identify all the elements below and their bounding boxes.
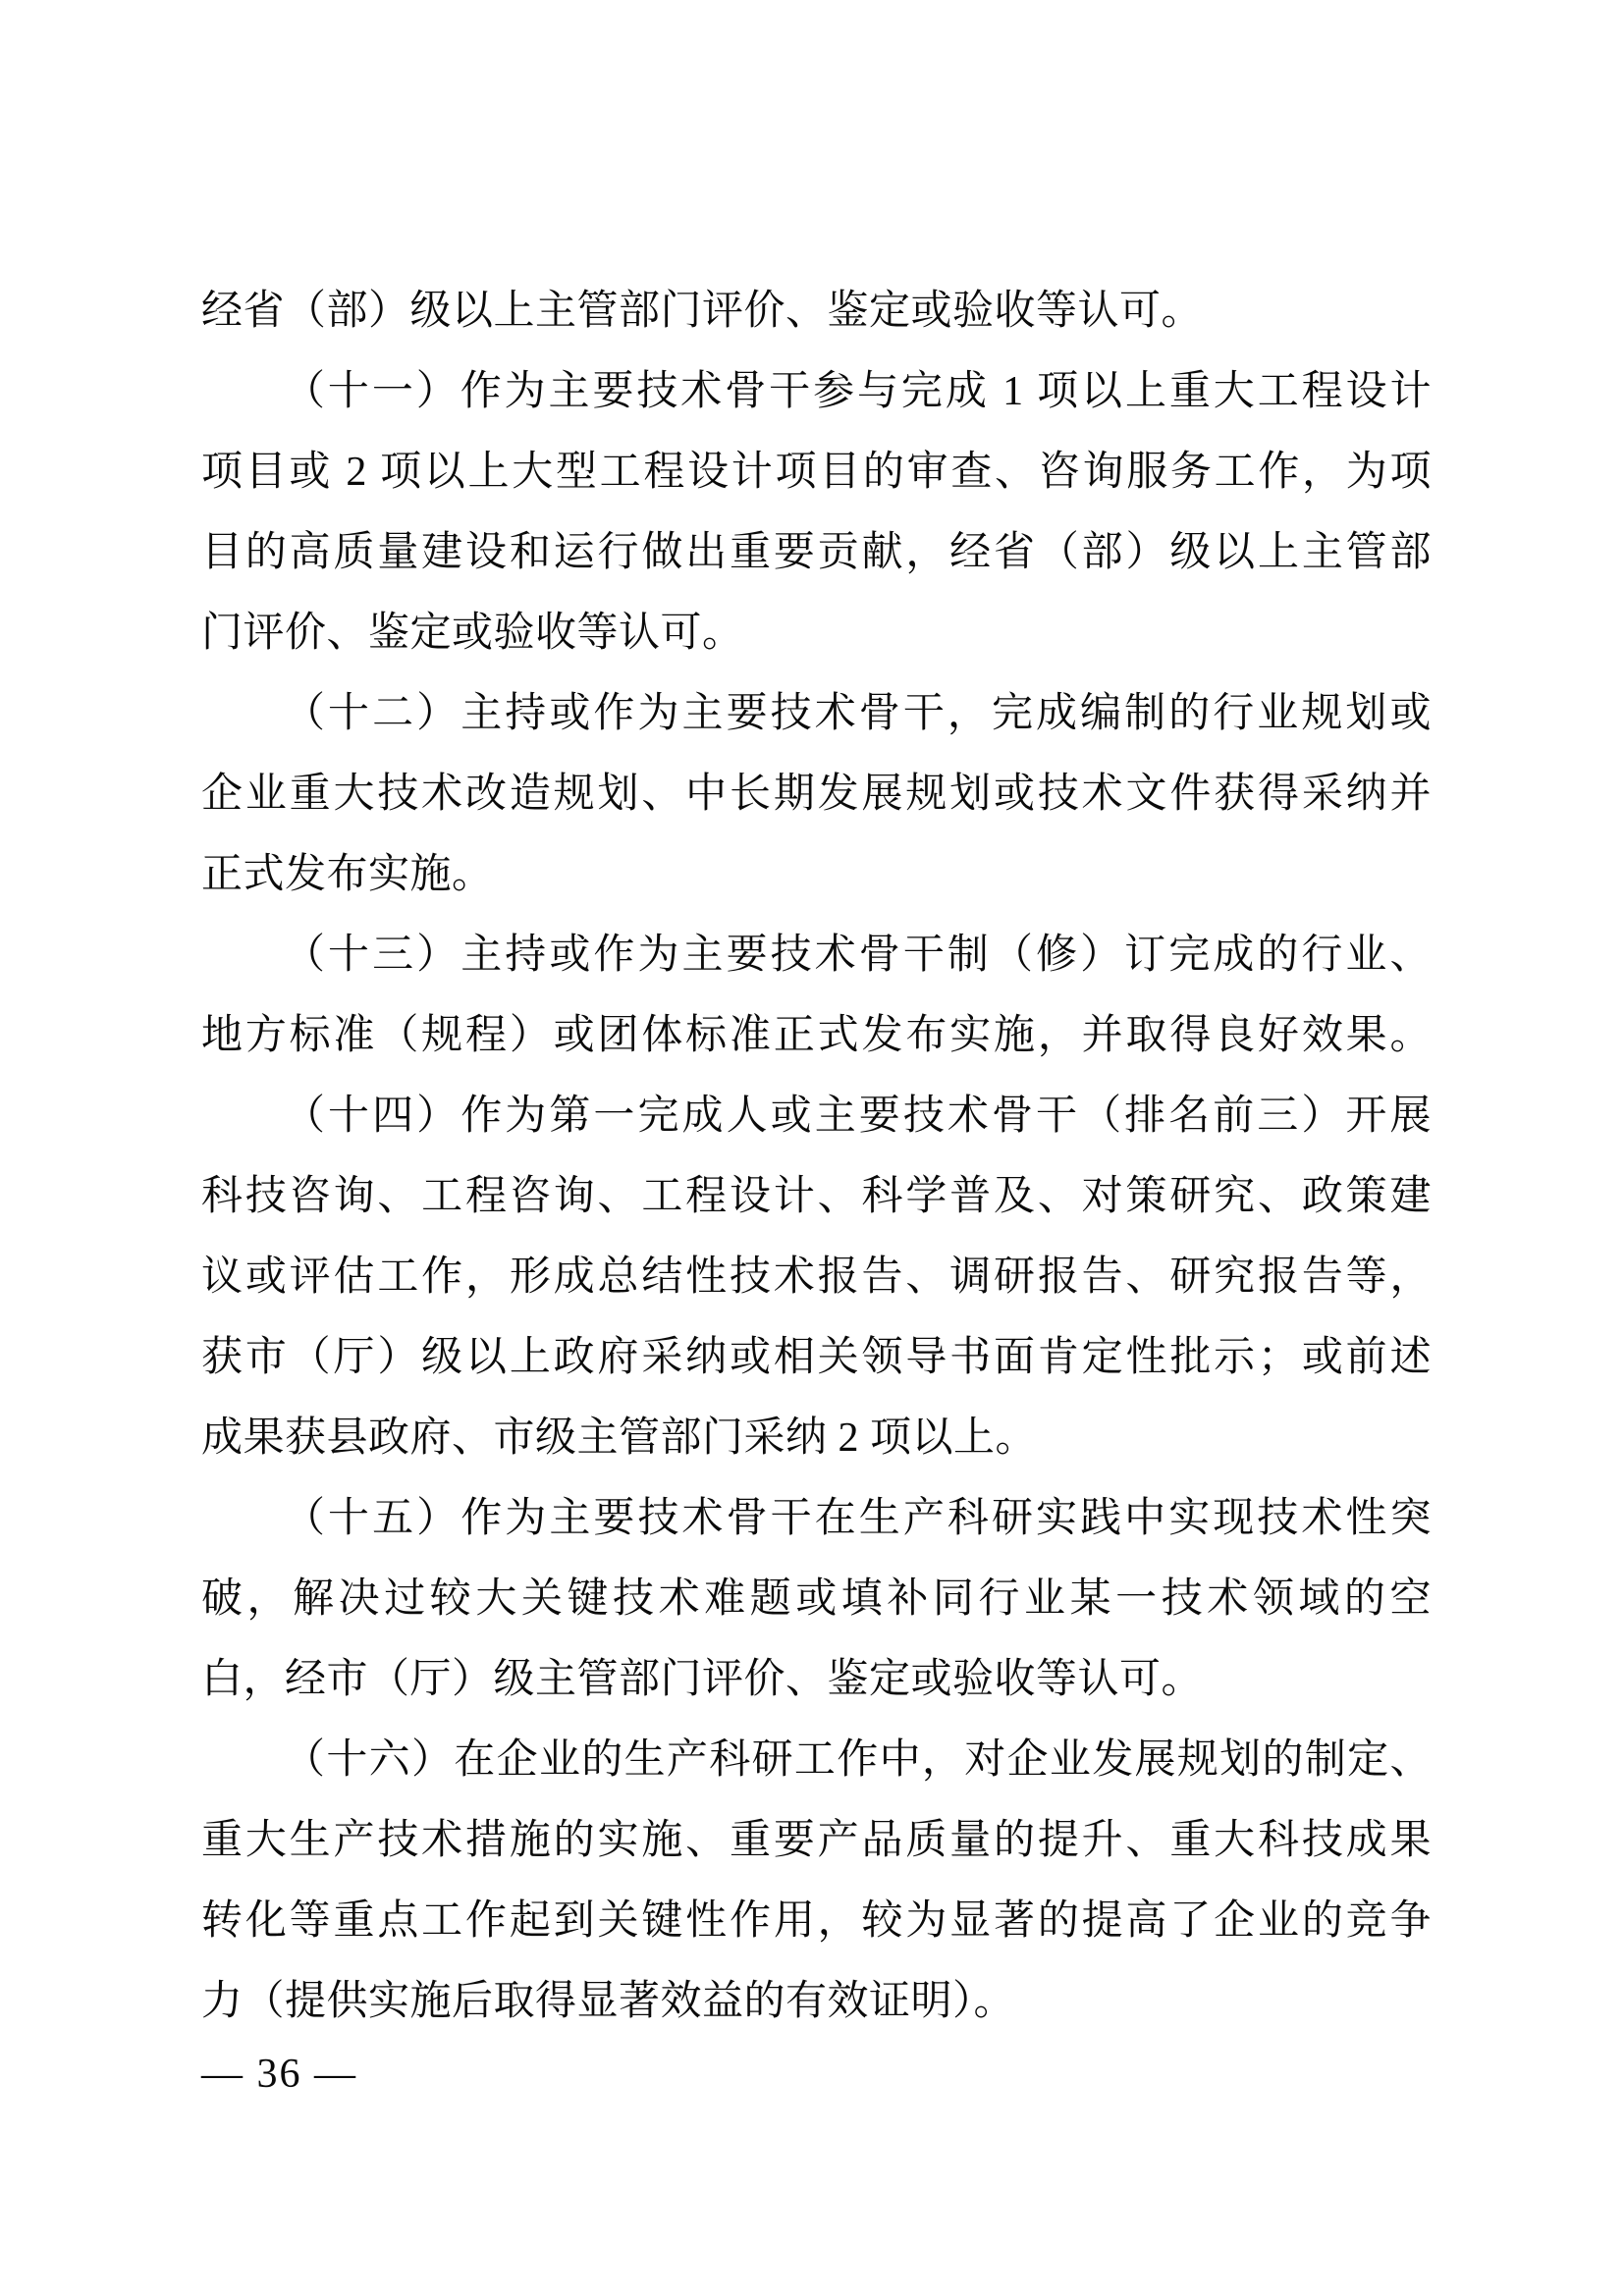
document-body: 经省（部）级以上主管部门评价、鉴定或验收等认可。 （十一）作为主要技术骨干参与完… bbox=[201, 271, 1432, 2042]
body-line: （十一）作为主要技术骨干参与完成 1 项以上重大工程设计 bbox=[201, 351, 1432, 432]
body-line: 正式发布实施。 bbox=[201, 834, 1432, 915]
body-line: 白，经市（厅）级主管部门评价、鉴定或验收等认可。 bbox=[201, 1639, 1432, 1720]
body-line: 门评价、鉴定或验收等认可。 bbox=[201, 593, 1432, 673]
body-line: 目的高质量建设和运行做出重要贡献，经省（部）级以上主管部 bbox=[201, 512, 1432, 593]
body-line: 企业重大技术改造规划、中长期发展规划或技术文件获得采纳并 bbox=[201, 754, 1432, 834]
body-line: 获市（厅）级以上政府采纳或相关领导书面肯定性批示；或前述 bbox=[201, 1317, 1432, 1398]
body-line: （十五）作为主要技术骨干在生产科研实践中实现技术性突 bbox=[201, 1478, 1432, 1559]
body-line: （十四）作为第一完成人或主要技术骨干（排名前三）开展 bbox=[201, 1076, 1432, 1156]
body-line: 科技咨询、工程咨询、工程设计、科学普及、对策研究、政策建 bbox=[201, 1156, 1432, 1237]
body-line: 转化等重点工作起到关键性作用，较为显著的提高了企业的竞争 bbox=[201, 1881, 1432, 1961]
body-line: 成果获县政府、市级主管部门采纳 2 项以上。 bbox=[201, 1398, 1432, 1478]
body-line: 地方标准（规程）或团体标准正式发布实施，并取得良好效果。 bbox=[201, 995, 1432, 1076]
body-line: 经省（部）级以上主管部门评价、鉴定或验收等认可。 bbox=[201, 271, 1432, 351]
body-line: （十三）主持或作为主要技术骨干制（修）订完成的行业、 bbox=[201, 915, 1432, 995]
body-line: 破，解决过较大关键技术难题或填补同行业某一技术领域的空 bbox=[201, 1559, 1432, 1639]
body-line: 重大生产技术措施的实施、重要产品质量的提升、重大科技成果 bbox=[201, 1800, 1432, 1881]
body-line: （十二）主持或作为主要技术骨干，完成编制的行业规划或 bbox=[201, 673, 1432, 754]
body-line: （十六）在企业的生产科研工作中，对企业发展规划的制定、 bbox=[201, 1720, 1432, 1800]
body-line: 项目或 2 项以上大型工程设计项目的审查、咨询服务工作，为项 bbox=[201, 432, 1432, 512]
page-footer: — 36 — bbox=[201, 2034, 357, 2114]
body-line: 议或评估工作，形成总结性技术报告、调研报告、研究报告等， bbox=[201, 1237, 1432, 1317]
body-line: 力（提供实施后取得显著效益的有效证明）。 bbox=[201, 1961, 1432, 2042]
document-page: 经省（部）级以上主管部门评价、鉴定或验收等认可。 （十一）作为主要技术骨干参与完… bbox=[0, 0, 1624, 2296]
page-number: — 36 — bbox=[201, 2052, 357, 2097]
